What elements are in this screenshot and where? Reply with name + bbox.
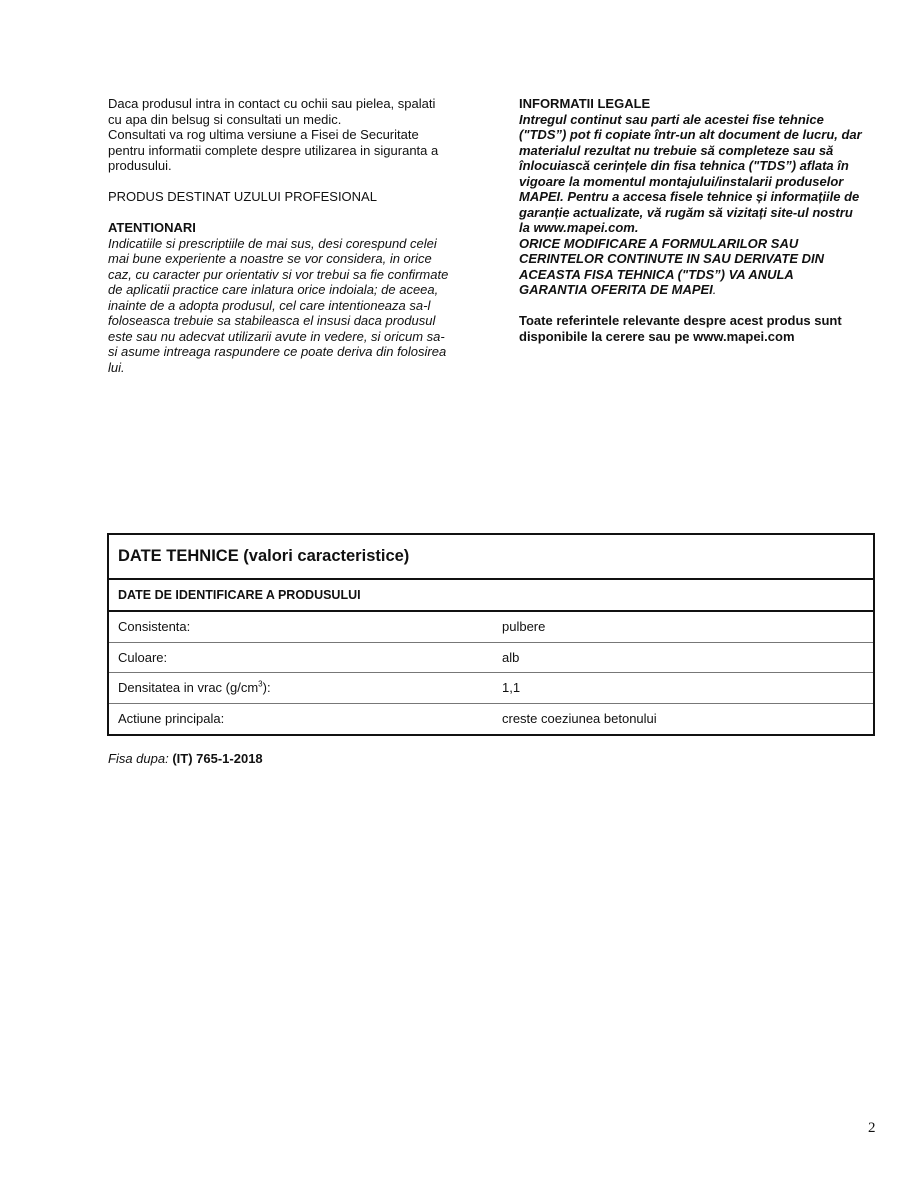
table-row: Consistenta: pulbere bbox=[109, 612, 873, 643]
table-row: Actiune principala: creste coeziunea bet… bbox=[109, 704, 873, 735]
table-row: Densitatea in vrac (g/cm3): 1,1 bbox=[109, 673, 873, 704]
row-label: Culoare: bbox=[109, 650, 502, 665]
references-notice: Toate referintele relevante despre acest… bbox=[519, 313, 894, 344]
row-value: alb bbox=[502, 650, 519, 665]
warnings-heading: ATENTIONARI bbox=[108, 220, 478, 236]
row-label: Actiune principala: bbox=[109, 711, 502, 726]
professional-use-notice: PRODUS DESTINAT UZULUI PROFESIONAL bbox=[108, 189, 478, 205]
row-label: Consistenta: bbox=[109, 619, 502, 634]
safety-intro: Daca produsul intra in contact cu ochii … bbox=[108, 96, 478, 174]
row-value: creste coeziunea betonului bbox=[502, 711, 657, 726]
table-row: Culoare: alb bbox=[109, 643, 873, 674]
row-value: 1,1 bbox=[502, 680, 520, 695]
row-label: Densitatea in vrac (g/cm3): bbox=[109, 680, 502, 695]
table-section-heading: DATE DE IDENTIFICARE A PRODUSULUI bbox=[109, 588, 361, 602]
document-reference: Fisa dupa: (IT) 765-1-2018 bbox=[108, 751, 263, 766]
legal-text: Intregul continut sau parti ale acestei … bbox=[519, 112, 894, 236]
row-value: pulbere bbox=[502, 619, 545, 634]
page-number: 2 bbox=[868, 1120, 876, 1137]
table-title-row: DATE TEHNICE (valori caracteristice) bbox=[109, 535, 873, 580]
left-column: Daca produsul intra in contact cu ochii … bbox=[108, 96, 478, 375]
warnings-text: Indicatiile si prescriptiile de mai sus,… bbox=[108, 236, 478, 376]
warranty-notice: ORICE MODIFICARE A FORMULARILOR SAU CERI… bbox=[519, 236, 894, 298]
technical-data-table: DATE TEHNICE (valori caracteristice) DAT… bbox=[107, 533, 875, 736]
table-title: DATE TEHNICE (valori caracteristice) bbox=[109, 547, 409, 566]
right-column: INFORMATII LEGALE Intregul continut sau … bbox=[519, 96, 894, 344]
table-section-row: DATE DE IDENTIFICARE A PRODUSULUI bbox=[109, 580, 873, 612]
legal-heading: INFORMATII LEGALE bbox=[519, 96, 894, 112]
